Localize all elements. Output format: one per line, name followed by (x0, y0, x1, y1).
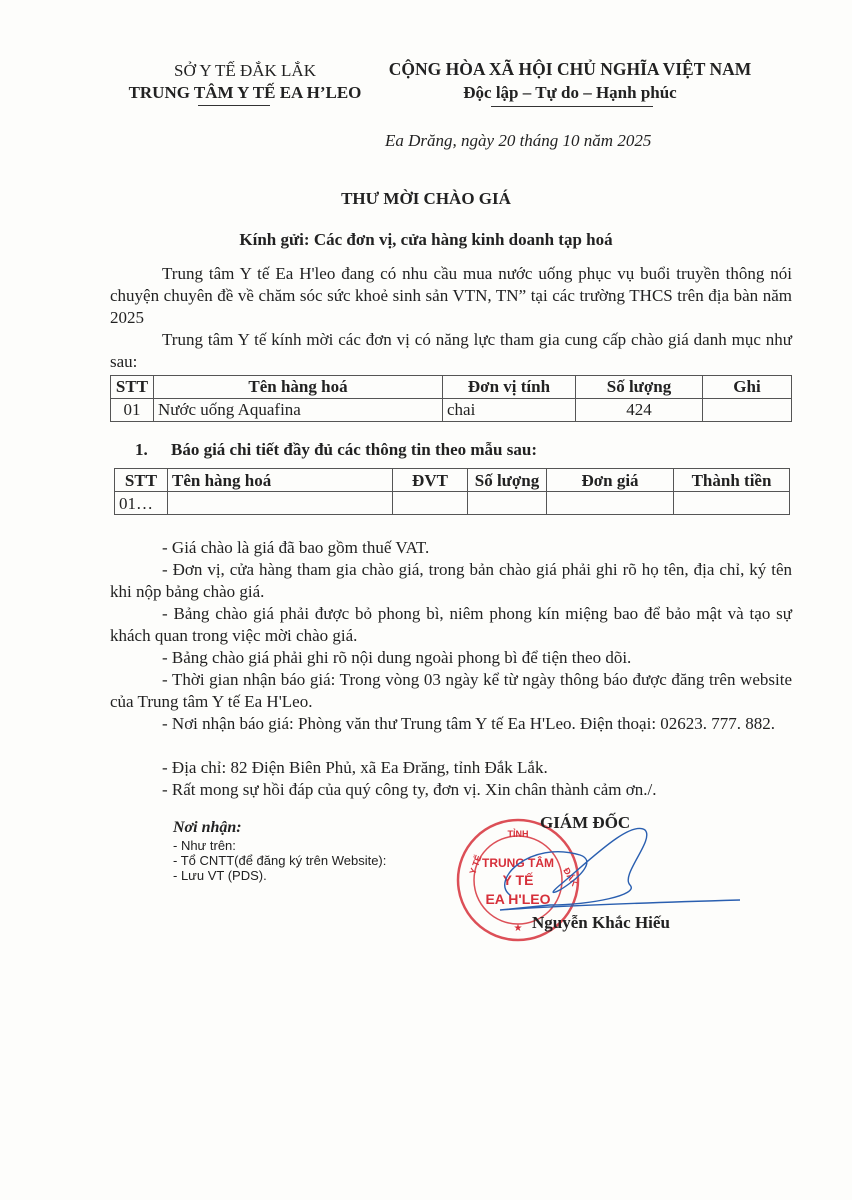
col-item-name: Tên hàng hoá (168, 469, 393, 492)
cell-quantity: 424 (576, 399, 703, 422)
intro-paragraph: Trung tâm Y tế Ea H'leo đang có nhu cầu … (110, 263, 792, 329)
recipient-item: - Như trên: (173, 838, 386, 853)
note-vat: - Giá chào là giá đã bao gồm thuế VAT. (110, 537, 792, 559)
table-row: 01… (115, 492, 790, 515)
recipient-item: - Tổ CNTT(để đăng ký trên Website): (173, 853, 386, 868)
goods-table: STT Tên hàng hoá Đơn vị tính Số lượng Gh… (110, 375, 792, 422)
note-envelope-label: - Bảng chào giá phải ghi rõ nội dung ngo… (110, 647, 792, 669)
cell-stt: 01 (111, 399, 154, 422)
section-heading: 1.Báo giá chi tiết đầy đủ các thông tin … (135, 440, 537, 460)
cell-unit: chai (443, 399, 576, 422)
col-stt: STT (115, 469, 168, 492)
note-closing: - Rất mong sự hồi đáp của quý công ty, đ… (110, 779, 792, 801)
cell-unit (393, 492, 468, 515)
document-date: Ea Drăng, ngày 20 tháng 10 năm 2025 (385, 131, 651, 151)
col-total: Thành tiền (674, 469, 790, 492)
signer-name: Nguyễn Khắc Hiếu (532, 913, 670, 933)
country-name: CỘNG HÒA XÃ HỘI CHỦ NGHĨA VIỆT NAM (365, 58, 775, 81)
table-row: 01 Nước uống Aquafina chai 424 (111, 399, 792, 422)
table-header-row: STT Tên hàng hoá ĐVT Số lượng Đơn giá Th… (115, 469, 790, 492)
cell-item-name (168, 492, 393, 515)
recipient-item: - Lưu VT (PDS). (173, 868, 386, 883)
cell-note (703, 399, 792, 422)
quote-template-table: STT Tên hàng hoá ĐVT Số lượng Đơn giá Th… (114, 468, 790, 515)
recipients-heading: Nơi nhận: (173, 820, 386, 835)
col-quantity: Số lượng (468, 469, 547, 492)
note-submission-place: - Nơi nhận báo giá: Phòng văn thư Trung … (110, 713, 792, 735)
issuing-agency: SỞ Y TẾ ĐẮK LẮK TRUNG TÂM Y TẾ EA H’LEO (100, 60, 390, 104)
cell-total (674, 492, 790, 515)
motto-underline (491, 106, 653, 107)
col-quantity: Số lượng (576, 376, 703, 399)
col-unit: ĐVT (393, 469, 468, 492)
cell-quantity (468, 492, 547, 515)
col-note: Ghi (703, 376, 792, 399)
note-deadline: - Thời gian nhận báo giá: Trong vòng 03 … (110, 669, 792, 713)
agency-name: TRUNG TÂM Y TẾ EA H’LEO (100, 82, 390, 104)
addressee: Kính gửi: Các đơn vị, cửa hàng kinh doan… (0, 230, 852, 250)
agency-parent: SỞ Y TẾ ĐẮK LẮK (100, 60, 390, 82)
col-unit: Đơn vị tính (443, 376, 576, 399)
invitation-paragraph: Trung tâm Y tế kính mời các đơn vị có nă… (110, 329, 792, 373)
cell-unit-price (547, 492, 674, 515)
col-item-name: Tên hàng hoá (154, 376, 443, 399)
note-sealed-envelope: - Bảng chào giá phải được bỏ phong bì, n… (110, 603, 792, 647)
note-address: - Địa chỉ: 82 Điện Biên Phủ, xã Ea Đrăng… (110, 757, 792, 779)
document-title: THƯ MỜI CHÀO GIÁ (0, 189, 852, 209)
col-unit-price: Đơn giá (547, 469, 674, 492)
national-motto: CỘNG HÒA XÃ HỘI CHỦ NGHĨA VIỆT NAM Độc l… (365, 58, 775, 104)
motto: Độc lập – Tự do – Hạnh phúc (365, 81, 775, 104)
agency-underline (198, 105, 270, 106)
section-number: 1. (135, 440, 171, 460)
section-text: Báo giá chi tiết đầy đủ các thông tin th… (171, 440, 537, 459)
col-stt: STT (111, 376, 154, 399)
note-supplier-info: - Đơn vị, cửa hàng tham gia chào giá, tr… (110, 559, 792, 603)
cell-item-name: Nước uống Aquafina (154, 399, 443, 422)
table-header-row: STT Tên hàng hoá Đơn vị tính Số lượng Gh… (111, 376, 792, 399)
recipients-block: Nơi nhận: - Như trên: - Tổ CNTT(để đăng … (173, 820, 386, 883)
cell-stt: 01… (115, 492, 168, 515)
